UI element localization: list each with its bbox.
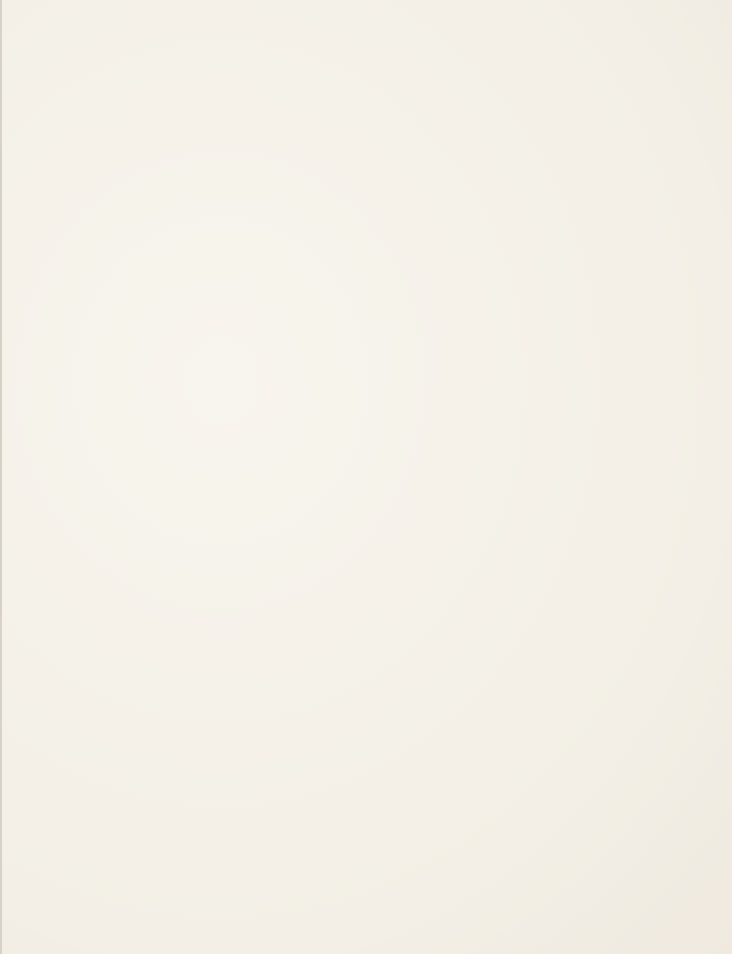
stamp-icon xyxy=(598,822,700,924)
record-office-stamp xyxy=(598,822,700,924)
document-page xyxy=(0,0,732,954)
